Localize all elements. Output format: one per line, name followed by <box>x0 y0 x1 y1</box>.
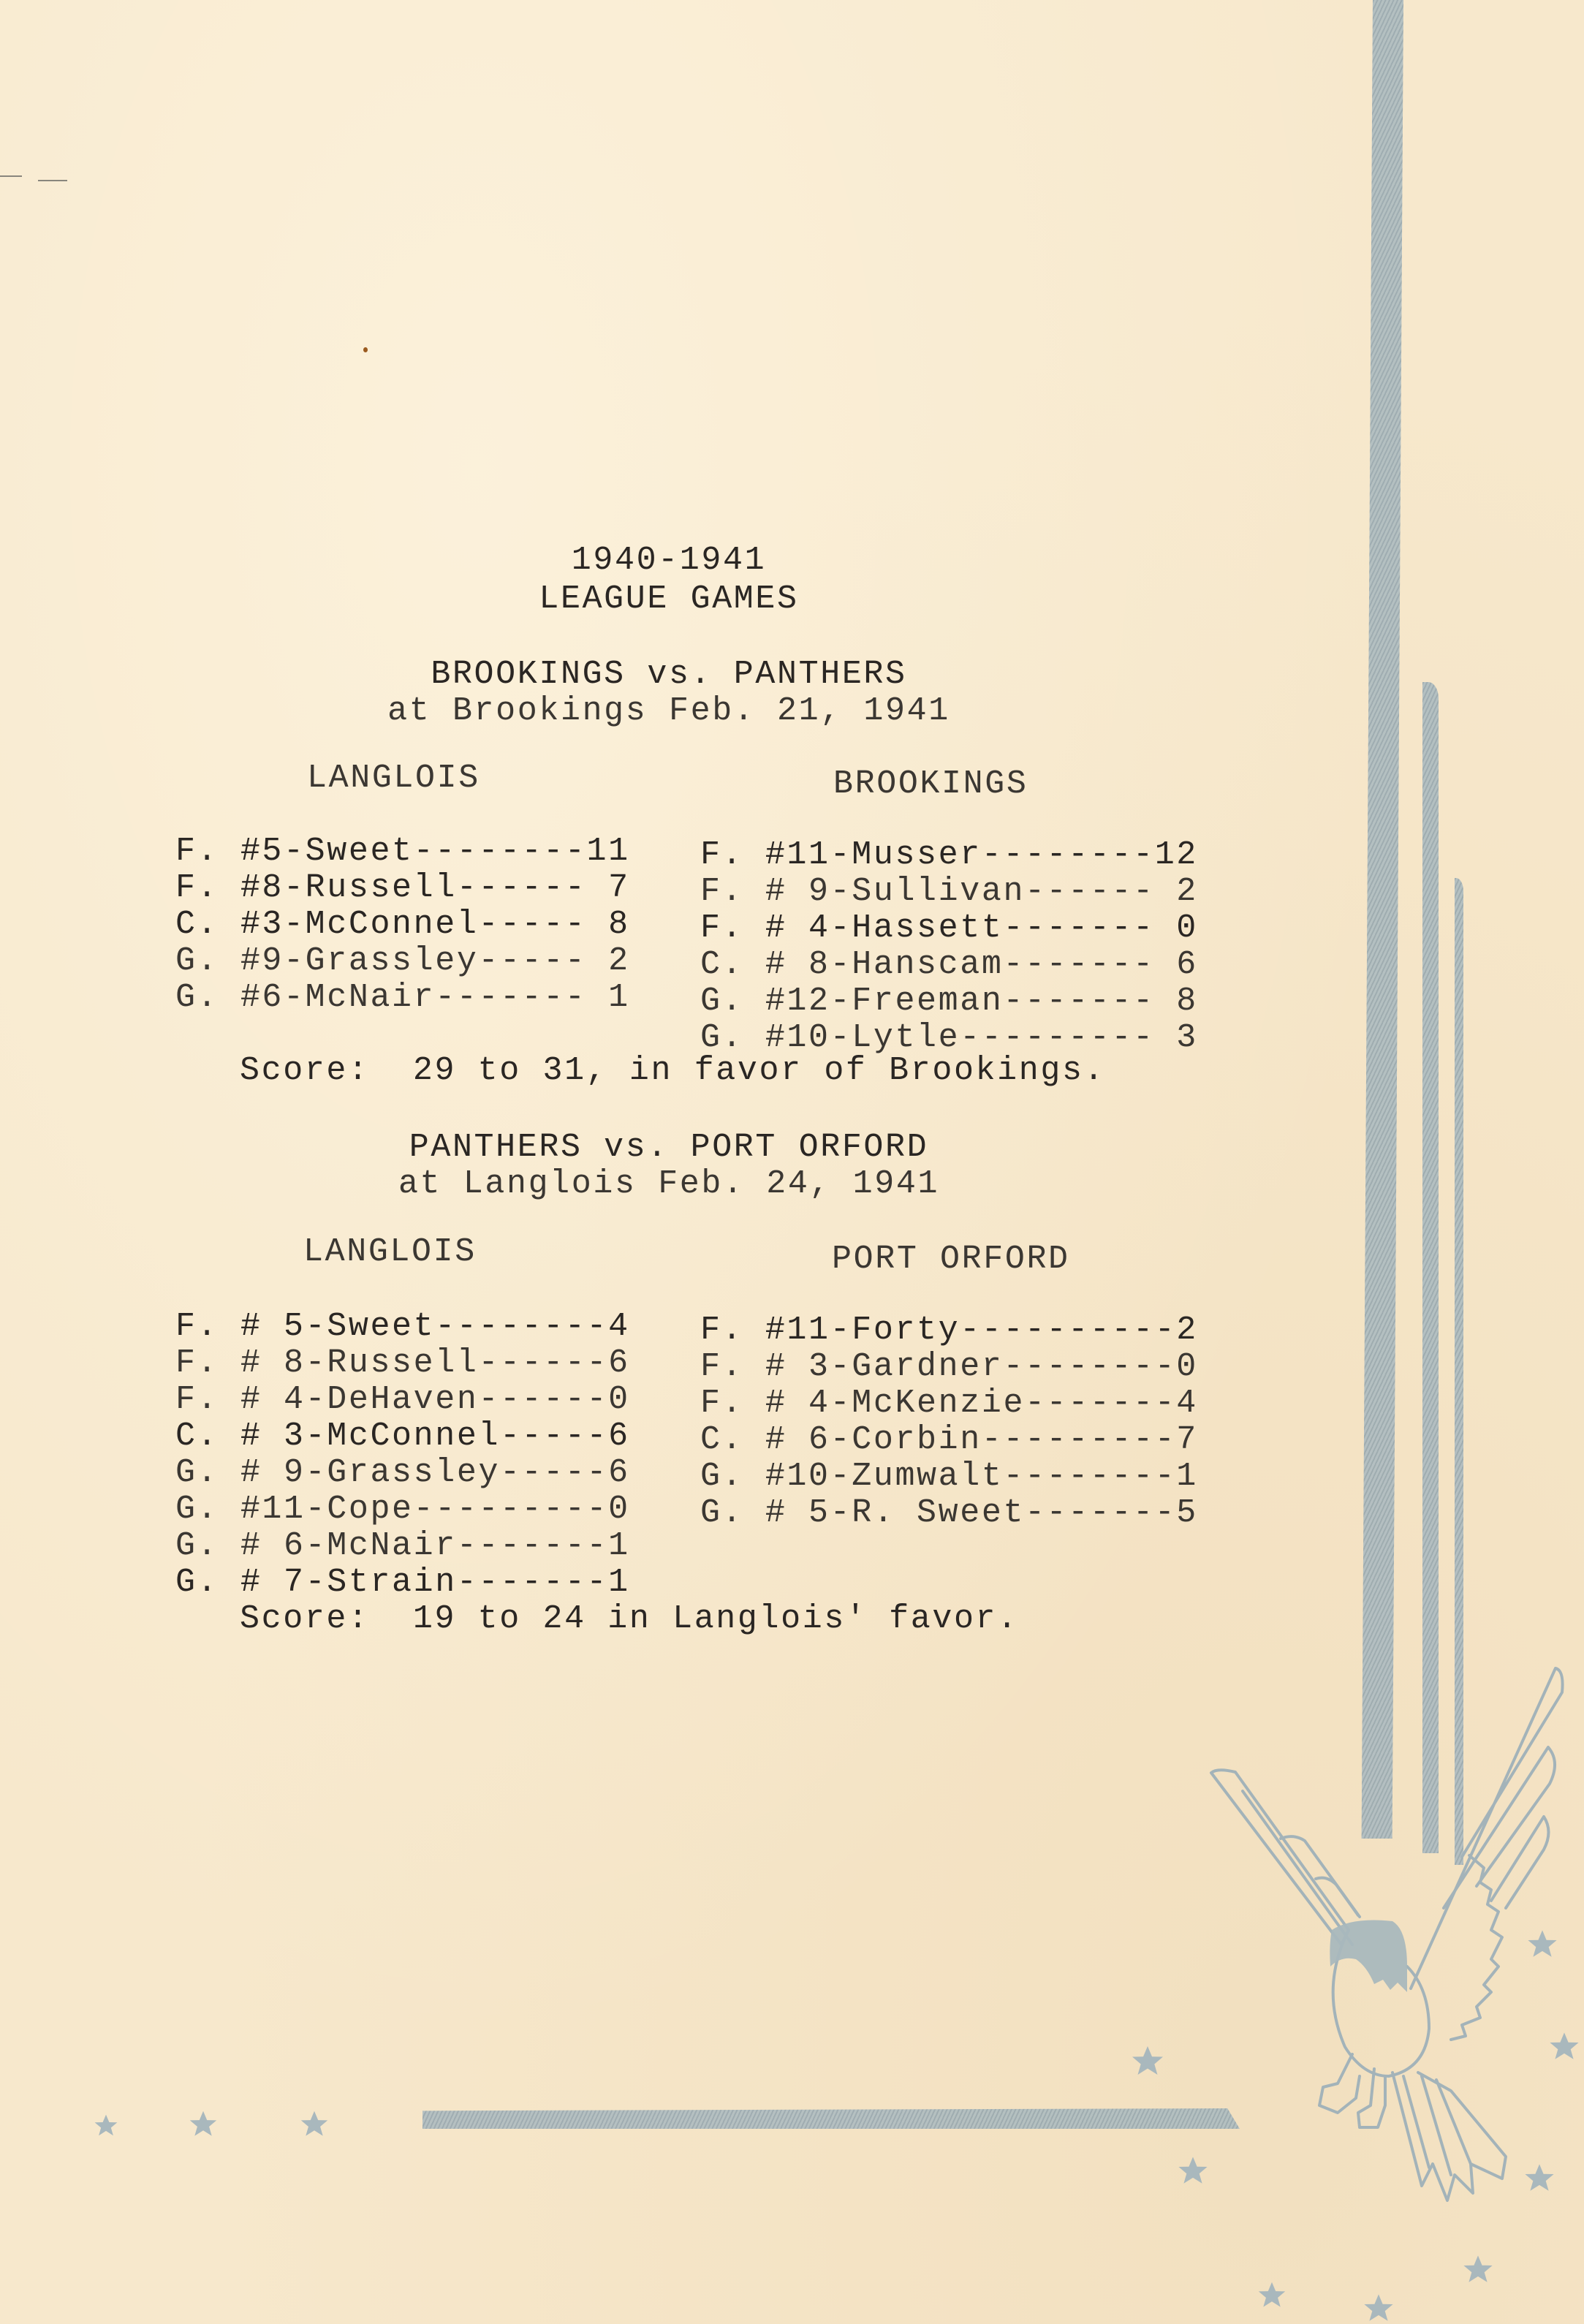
star-icon <box>1132 1930 1579 2320</box>
eagle-head <box>1330 1920 1407 1993</box>
eagle-and-stars-art <box>0 0 1584 2324</box>
star-icon <box>95 2111 328 2136</box>
